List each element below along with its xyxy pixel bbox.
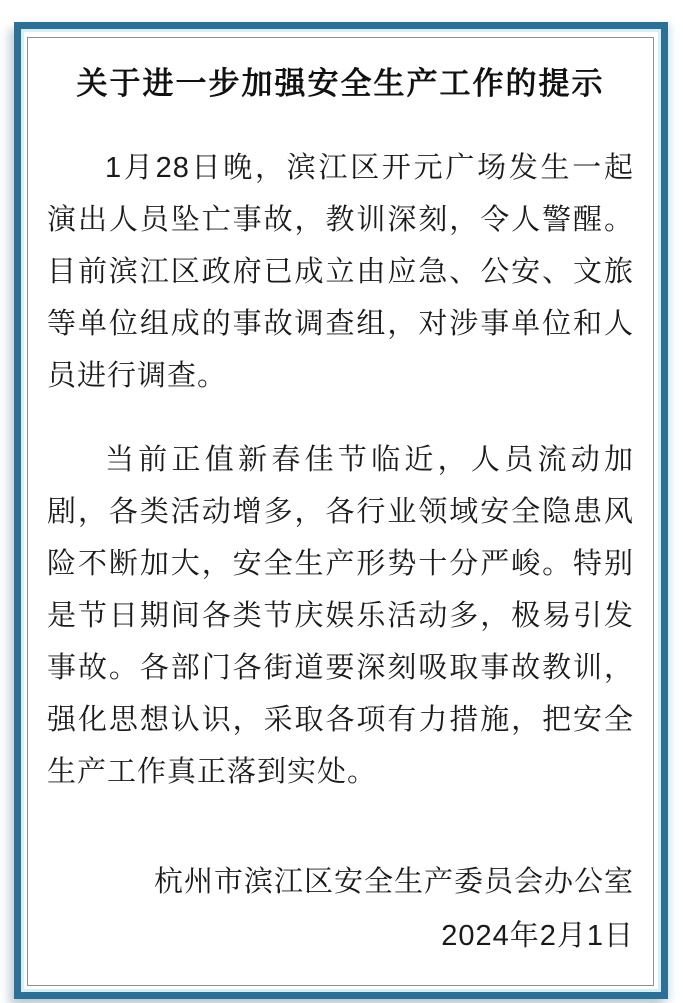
- inner-bordered-panel: 关于进一步加强安全生产工作的提示 1月28日晚，滨江区开元广场发生一起演出人员坠…: [27, 37, 654, 986]
- outer-blue-frame: 关于进一步加强安全生产工作的提示 1月28日晚，滨江区开元广场发生一起演出人员坠…: [14, 22, 668, 999]
- issuing-office: 杭州市滨江区安全生产委员会办公室: [47, 856, 634, 908]
- paragraph-warning: 当前正值新春佳节临近，人员流动加剧，各类活动增多，各行业领域安全隐患风险不断加大…: [47, 434, 634, 798]
- paragraph-incident: 1月28日晚，滨江区开元广场发生一起演出人员坠亡事故，教训深刻，令人警醒。目前滨…: [47, 142, 634, 402]
- document-title: 关于进一步加强安全生产工作的提示: [47, 62, 634, 106]
- notice-page: 关于进一步加强安全生产工作的提示 1月28日晚，滨江区开元广场发生一起演出人员坠…: [0, 0, 683, 1003]
- issue-date: 2024年2月1日: [47, 908, 634, 964]
- signature-block: 杭州市滨江区安全生产委员会办公室 2024年2月1日: [47, 856, 634, 964]
